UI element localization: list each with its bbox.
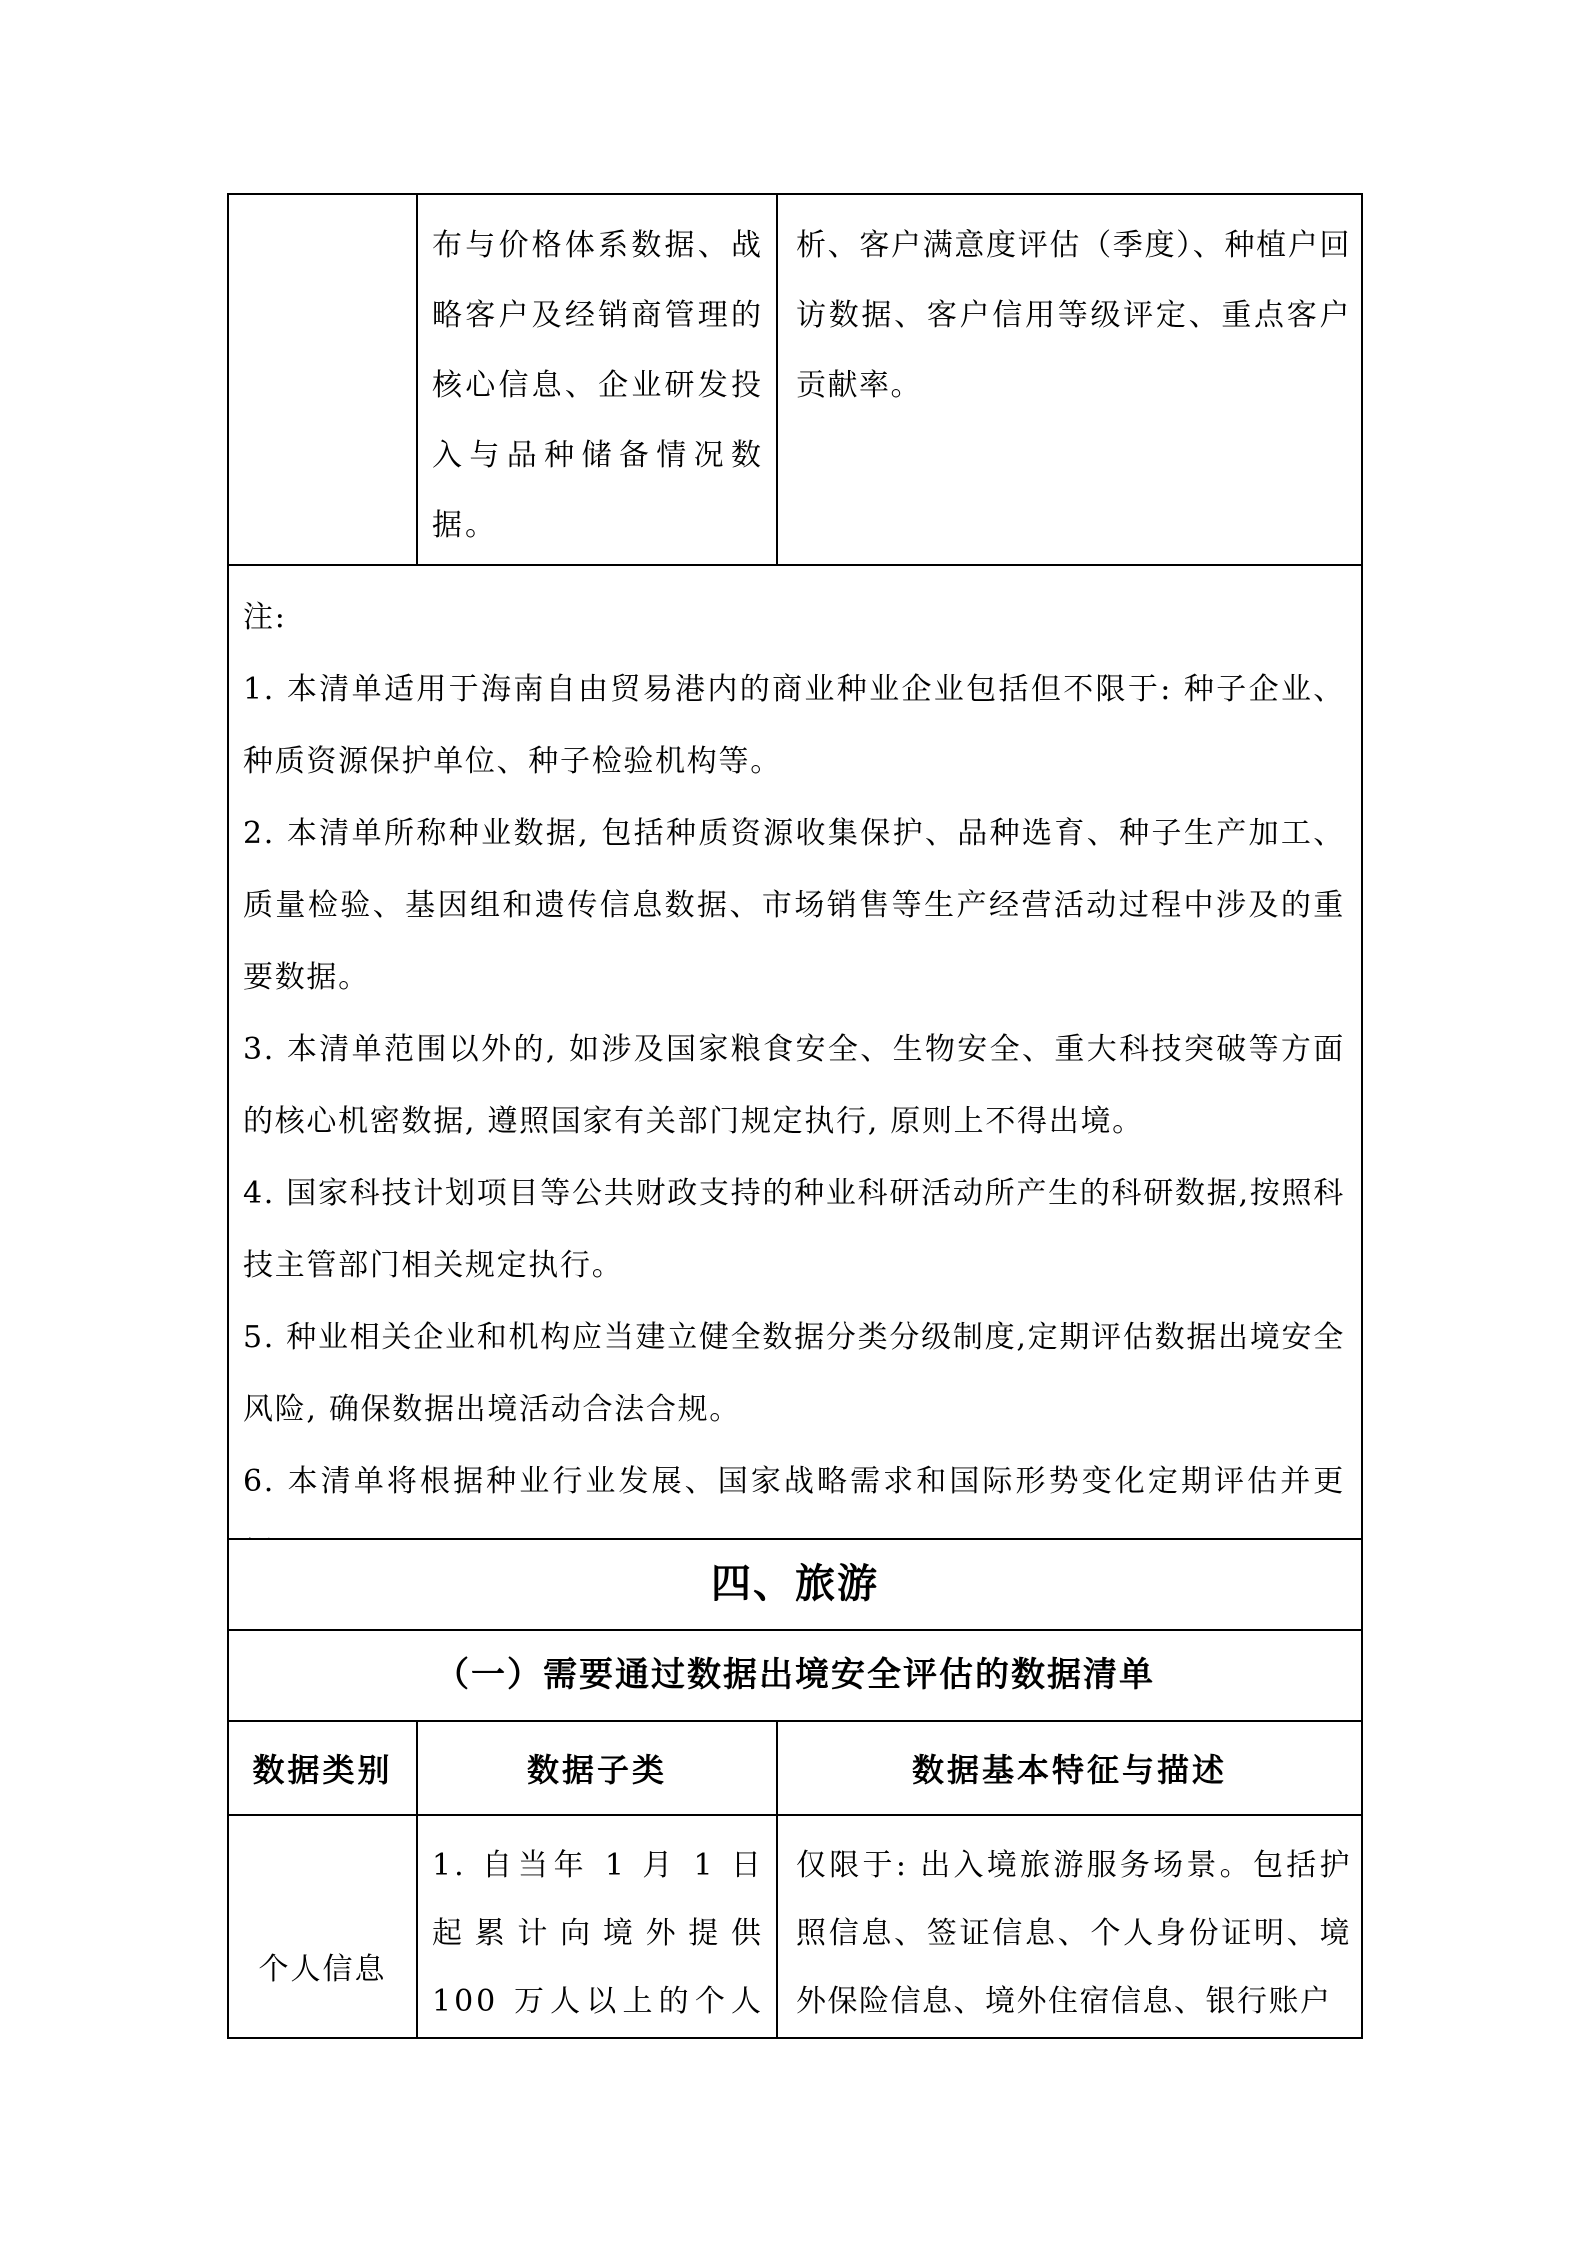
continuation-category-cell	[229, 195, 418, 564]
note-item-4: 4. 国家科技计划项目等公共财政支持的种业科研活动所产生的科研数据,按照科技主管…	[243, 1158, 1345, 1302]
note-item-3: 3. 本清单范围以外的, 如涉及国家粮食安全、生物安全、重大科技突破等方面的核心…	[243, 1014, 1345, 1158]
continuation-description-cell: 析、客户满意度评估（季度）、种植户回访数据、客户信用等级评定、重点客户贡献率。	[778, 195, 1361, 564]
header-category: 数据类别	[229, 1722, 418, 1814]
row-subclass-cell: 1. 自当年 1 月 1 日起累计向境外提供 100 万人以上的个人信息（不含	[418, 1816, 778, 2037]
note-item-5: 5. 种业相关企业和机构应当建立健全数据分类分级制度,定期评估数据出境安全风险,…	[243, 1302, 1345, 1446]
section-title: 四、旅游	[229, 1540, 1361, 1629]
note-item-6: 6. 本清单将根据种业行业发展、国家战略需求和国际形势变化定期评估并更新。	[243, 1446, 1345, 1540]
seed-table-continuation-row: 布与价格体系数据、战略客户及经销商管理的核心信息、企业研发投入与品种储备情况数据…	[229, 195, 1361, 566]
note-item-2: 2. 本清单所称种业数据, 包括种质资源收集保护、品种选育、种子生产加工、质量检…	[243, 798, 1345, 1014]
data-export-list-table: 布与价格体系数据、战略客户及经销商管理的核心信息、企业研发投入与品种储备情况数据…	[227, 193, 1363, 2039]
continuation-subclass-cell: 布与价格体系数据、战略客户及经销商管理的核心信息、企业研发投入与品种储备情况数据…	[418, 195, 778, 564]
header-subclass: 数据子类	[418, 1722, 778, 1814]
notes-cell: 注: 1. 本清单适用于海南自由贸易港内的商业种业企业包括但不限于: 种子企业、…	[229, 566, 1361, 1540]
notes-label: 注:	[243, 582, 1345, 654]
note-item-1: 1. 本清单适用于海南自由贸易港内的商业种业企业包括但不限于: 种子企业、种质资…	[243, 654, 1345, 798]
header-description: 数据基本特征与描述	[778, 1722, 1361, 1814]
tourism-table-row: 个人信息 1. 自当年 1 月 1 日起累计向境外提供 100 万人以上的个人信…	[229, 1816, 1361, 2037]
section-subtitle-row: （一）需要通过数据出境安全评估的数据清单	[229, 1631, 1361, 1722]
document-page: 布与价格体系数据、战略客户及经销商管理的核心信息、企业研发投入与品种储备情况数据…	[0, 0, 1587, 2245]
tourism-table-header-row: 数据类别 数据子类 数据基本特征与描述	[229, 1722, 1361, 1816]
section-subtitle: （一）需要通过数据出境安全评估的数据清单	[229, 1631, 1361, 1720]
row-description-cell: 仅限于: 出入境旅游服务场景。包括护照信息、签证信息、个人身份证明、境外保险信息…	[778, 1816, 1361, 2037]
section-title-row: 四、旅游	[229, 1540, 1361, 1631]
row-category-cell: 个人信息	[229, 1816, 418, 2037]
